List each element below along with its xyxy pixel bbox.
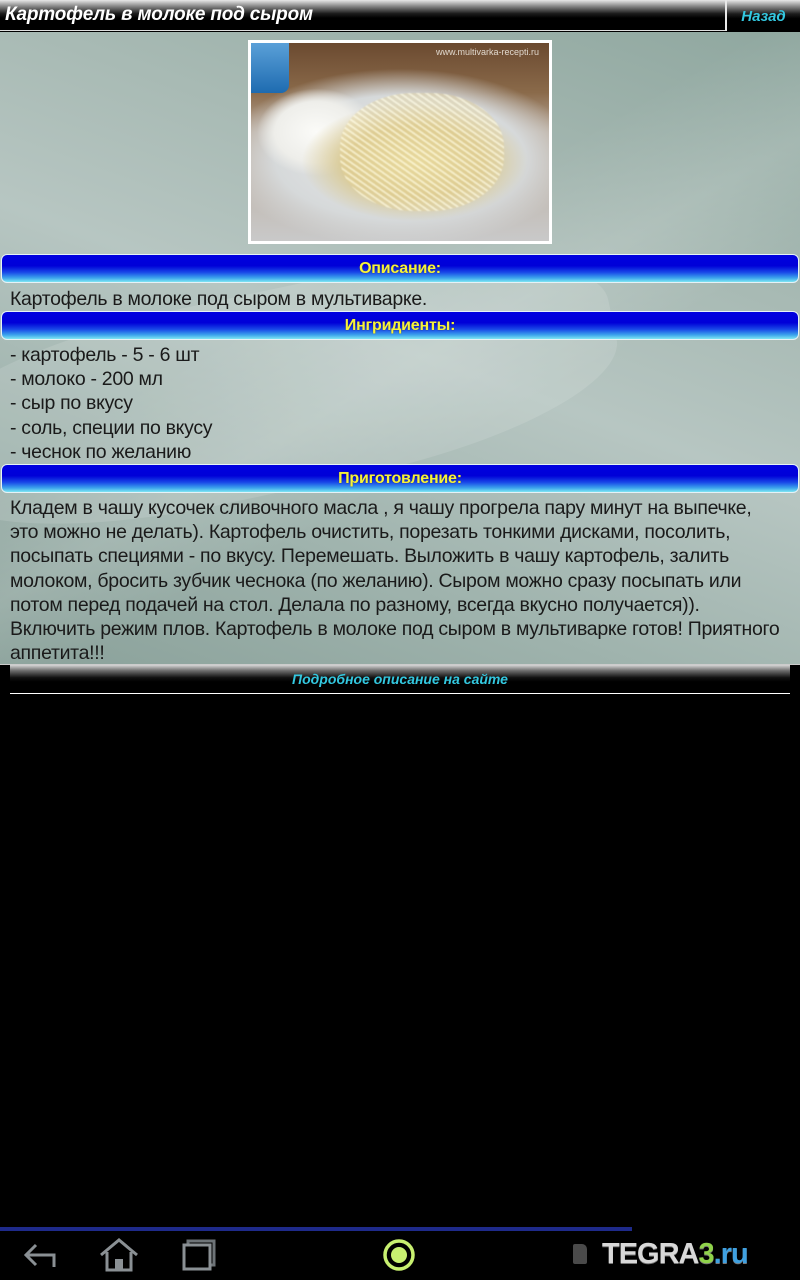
home-icon[interactable] xyxy=(99,1237,139,1273)
description-title: Описание: xyxy=(359,260,441,278)
sd-card-icon xyxy=(573,1244,587,1264)
photo-bottle-detail xyxy=(251,43,289,93)
site-link-button[interactable]: Подробное описание на сайте xyxy=(10,665,790,694)
ingredients-header: Ингридиенты: xyxy=(1,311,799,340)
ingredient-item: - чеснок по желанию xyxy=(10,440,795,464)
recipe-title: Картофель в молоке под сыром xyxy=(5,4,313,26)
photo-cheese-detail xyxy=(340,93,504,212)
system-navigation-bar: TEGRA3.ru xyxy=(0,1231,800,1280)
photo-watermark: www.multivarka-recepti.ru xyxy=(436,47,539,57)
back-icon[interactable] xyxy=(22,1237,62,1273)
description-text: Картофель в молоке под сыром в мультивар… xyxy=(10,287,795,311)
ingredient-item: - сыр по вкусу xyxy=(10,391,795,415)
ingredients-title: Ингридиенты: xyxy=(345,317,455,335)
description-header: Описание: xyxy=(1,254,799,283)
tegra3-watermark: TEGRA3.ru xyxy=(602,1238,748,1271)
circle-menu-icon[interactable] xyxy=(379,1237,419,1273)
brand-suffix: .ru xyxy=(714,1238,748,1270)
title-bar: Картофель в молоке под сыром Назад xyxy=(0,0,800,31)
preparation-header: Приготовление: xyxy=(1,464,799,493)
preparation-text: Кладем в чашу кусочек сливочного масла ,… xyxy=(10,496,780,664)
brand-accent: 3 xyxy=(699,1238,714,1270)
ingredients-list: - картофель - 5 - 6 шт - молоко - 200 мл… xyxy=(10,343,795,464)
ingredient-item: - молоко - 200 мл xyxy=(10,367,795,391)
recipe-photo: www.multivarka-recepti.ru xyxy=(248,40,552,244)
preparation-title: Приготовление: xyxy=(338,470,462,488)
back-button[interactable]: Назад xyxy=(725,0,800,31)
recent-apps-icon[interactable] xyxy=(180,1237,220,1273)
brand-main: TEGRA xyxy=(602,1238,699,1270)
ingredient-item: - картофель - 5 - 6 шт xyxy=(10,343,795,367)
recipe-content[interactable]: www.multivarka-recepti.ru Описание: Карт… xyxy=(0,32,800,664)
recipe-image: www.multivarka-recepti.ru xyxy=(251,43,549,241)
ingredient-item: - соль, специи по вкусу xyxy=(10,416,795,440)
